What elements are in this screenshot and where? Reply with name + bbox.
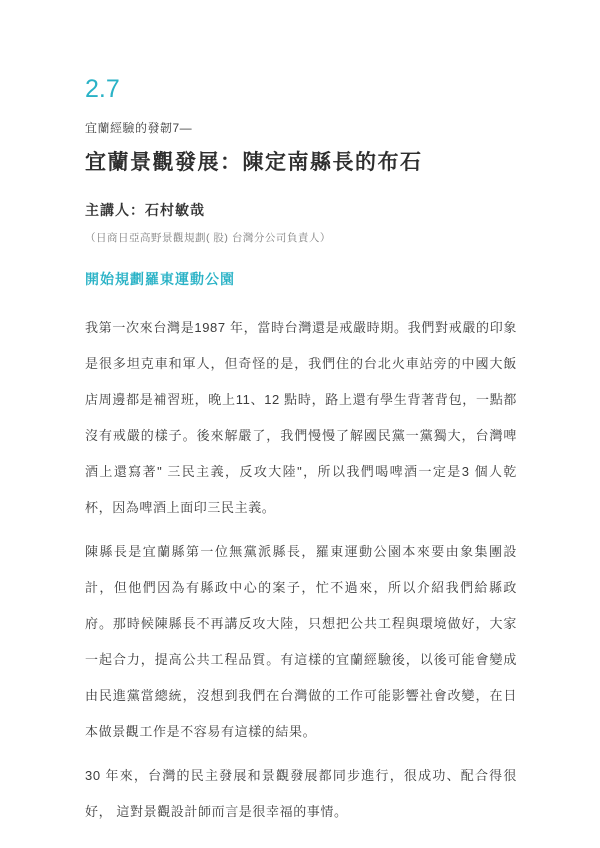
speaker-affiliation: （日商日亞高野景觀規劃( 股) 台灣分公司負責人） bbox=[85, 231, 517, 246]
body-paragraph-1: 我第一次來台灣是1987 年，當時台灣還是戒嚴時期。我們對戒嚴的印象是很多坦克車… bbox=[85, 310, 517, 526]
body-paragraph-3: 30 年來，台灣的民主發展和景觀發展都同步進行，很成功、配合得很好， 這對景觀設… bbox=[85, 758, 517, 830]
document-page: 2.7 宜蘭經驗的發韌7— 宜蘭景觀發展：陳定南縣長的布石 主講人：石村敏哉 （… bbox=[0, 0, 600, 848]
page-title: 宜蘭景觀發展：陳定南縣長的布石 bbox=[85, 149, 517, 177]
section-number: 2.7 bbox=[85, 74, 517, 104]
section-heading: 開始規劃羅東運動公園 bbox=[85, 270, 517, 289]
series-label: 宜蘭經驗的發韌7— bbox=[85, 120, 517, 136]
speaker-line: 主講人：石村敏哉 bbox=[85, 201, 517, 220]
body-paragraph-2: 陳縣長是宜蘭縣第一位無黨派縣長，羅東運動公園本來要由象集團設計，但他們因為有縣政… bbox=[85, 534, 517, 750]
